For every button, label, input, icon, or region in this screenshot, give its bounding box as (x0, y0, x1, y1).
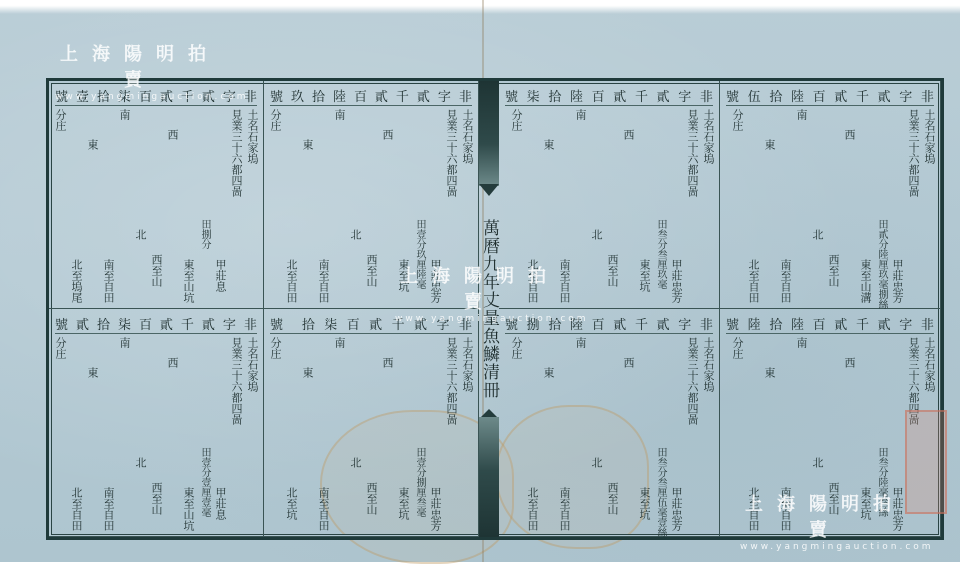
direction-west: 西 (381, 337, 394, 530)
auction-watermark: 上海陽明拍賣 www.yangmingauction.com (740, 490, 910, 552)
boundary-north: 北至自田 (285, 109, 298, 302)
parcel-cell: 非字貳千貳百柒拾壹號 土名石家塢 見業三十六都四啚 甲莊息 田捌分 東至山坑 西… (49, 81, 264, 309)
direction-west: 西 (622, 337, 635, 530)
owner-district: 見業三十六都四啚 (686, 337, 699, 530)
direction-south: 南 (118, 337, 131, 530)
boundary-west: 西至山 (827, 109, 840, 302)
direction-east: 東 (86, 109, 99, 302)
boundary-north: 北至自田 (526, 337, 539, 530)
boundary-north: 北至自田 (747, 109, 760, 302)
boundary-south: 南至自田 (317, 337, 330, 530)
document-sheet: 非字貳千貳百柒拾壹號 土名石家塢 見業三十六都四啚 甲莊息 田捌分 東至山坑 西… (0, 0, 960, 562)
direction-west: 西 (843, 109, 856, 302)
owner-name: 甲莊忠芳 (891, 109, 904, 302)
direction-south: 南 (574, 109, 587, 302)
owner-name: 甲莊忠芳 (429, 337, 442, 530)
direction-west: 西 (381, 109, 394, 302)
boundary-north: 北至坑 (285, 337, 298, 530)
direction-west: 西 (166, 109, 179, 302)
place-name: 土名石家塢 (923, 109, 936, 302)
boundary-east: 東至山坑 (182, 337, 195, 530)
boundary-south: 南至自田 (317, 109, 330, 302)
owner-name: 甲莊忠芳 (670, 109, 683, 302)
owner-name: 甲莊息 (214, 337, 227, 530)
parcel-header: 非字貳千貳百陸拾柒號 (505, 85, 713, 106)
direction-east: 東 (542, 337, 555, 530)
field-area: 田捌分 (198, 109, 211, 302)
boundary-south: 南至自田 (102, 109, 115, 302)
parcel-header: 非字貳千貳百陸拾陸號 (726, 313, 934, 334)
boundary-east: 東至坑 (397, 337, 410, 530)
parcel-details: 土名石家塢 見業三十六都四啚 甲莊忠芳 田貳分陸厘玖毫捌絲 東至山溝 西 西至山… (726, 109, 936, 302)
direction-south: 南 (333, 337, 346, 530)
parcel-header: 非字貳千貳百陸拾伍號 (726, 85, 934, 106)
parcel-cell: 非字貳千貳百柒拾貳號 土名石家塢 見業三十六都四啚 甲莊息 田壹分壹厘壹毫 東至… (49, 309, 264, 537)
boundary-north: 北至自田 (70, 337, 83, 530)
parcel-details: 土名石家塢 見業三十六都四啚 甲莊息 田壹分壹厘壹毫 東至山坑 西 西至山 北 … (55, 337, 259, 530)
owner-district: 見業三十六都四啚 (686, 109, 699, 302)
auction-watermark: 上海陽明拍賣 www.yangmingauction.com (395, 262, 565, 324)
direction-east: 東 (763, 109, 776, 302)
auction-watermark: 上海陽明拍賣 www.yangmingauction.com (55, 40, 225, 102)
boundary-south: 南至自田 (779, 109, 792, 302)
direction-south: 南 (118, 109, 131, 302)
sub-division: 分庄 (269, 109, 282, 302)
owner-name: 甲莊息 (214, 109, 227, 302)
torn-edge (0, 0, 960, 14)
sub-division: 分庄 (269, 337, 282, 530)
sub-division: 分庄 (54, 109, 67, 302)
parcel-cell: 非字貳千貳百陸拾捌號 土名石家塢 見業三十六都四啚 甲莊忠芳 田叁分叁厘伍毫壹絲… (499, 309, 720, 537)
boundary-west: 西至山 (606, 337, 619, 530)
boundary-east: 東至山溝 (859, 109, 872, 302)
parcel-details: 土名石家塢 見業三十六都四啚 甲莊息 田捌分 東至山坑 西 西至山 北 南 南至… (55, 109, 259, 302)
parcel-header: 非字貳千貳百陸拾玖號 (270, 85, 472, 106)
direction-south: 南 (795, 109, 808, 302)
place-name: 土名石家塢 (702, 109, 715, 302)
place-name: 土名石家塢 (246, 109, 259, 302)
direction-north: 北 (349, 337, 362, 530)
owner-district: 見業三十六都四啚 (445, 337, 458, 530)
parcel-details: 土名石家塢 見業三十六都四啚 甲莊忠芳 田叁分叁厘伍毫壹絲 東至坑 西 西至山 … (505, 337, 715, 530)
boundary-west: 西至山 (150, 109, 163, 302)
boundary-north: 北至塢尾 (70, 109, 83, 302)
field-area: 田貳分陸厘玖毫捌絲 (875, 109, 888, 302)
direction-east: 東 (86, 337, 99, 530)
owner-district: 見業三十六都四啚 (907, 109, 920, 302)
boundary-west: 西至山 (150, 337, 163, 530)
boundary-south: 南至自田 (558, 337, 571, 530)
place-name: 土名石家塢 (461, 337, 474, 530)
boundary-west: 西至山 (606, 109, 619, 302)
direction-north: 北 (590, 109, 603, 302)
boundary-east: 東至坑 (638, 337, 651, 530)
owner-district: 見業三十六都四啚 (230, 337, 243, 530)
direction-west: 西 (622, 109, 635, 302)
fish-tail-top-icon (479, 184, 499, 196)
direction-east: 東 (301, 109, 314, 302)
owner-name: 甲莊忠芳 (670, 337, 683, 530)
direction-east: 東 (301, 337, 314, 530)
place-name: 土名石家塢 (246, 337, 259, 530)
direction-north: 北 (349, 109, 362, 302)
parcel-cell: 非字貳千貳百柒拾號 土名石家塢 見業三十六都四啚 甲莊忠芳 田壹分捌厘叁毫 東至… (264, 309, 479, 537)
boundary-south: 南至自田 (102, 337, 115, 530)
boundary-west: 西至山 (365, 337, 378, 530)
owner-district: 見業三十六都四啚 (230, 109, 243, 302)
parcel-header: 非字貳千貳百柒拾貳號 (55, 313, 257, 334)
direction-south: 南 (574, 337, 587, 530)
field-area: 田叁分叁厘伍毫壹絲 (654, 337, 667, 530)
direction-south: 南 (333, 109, 346, 302)
right-page: 非字貳千貳百陸拾柒號 土名石家塢 見業三十六都四啚 甲莊忠芳 田叁分叁厘玖毫 東… (499, 81, 941, 537)
parcel-cell: 非字貳千貳百陸拾伍號 土名石家塢 見業三十六都四啚 甲莊忠芳 田貳分陸厘玖毫捌絲… (720, 81, 941, 309)
boundary-east: 東至山坑 (182, 109, 195, 302)
sub-division: 分庄 (54, 337, 67, 530)
sub-division: 分庄 (510, 337, 523, 530)
field-area: 田壹分壹厘壹毫 (198, 337, 211, 530)
field-area: 田壹分捌厘叁毫 (413, 337, 426, 530)
field-area: 田叁分叁厘玖毫 (654, 109, 667, 302)
place-name: 土名石家塢 (702, 337, 715, 530)
boundary-west: 西至山 (365, 109, 378, 302)
direction-north: 北 (811, 109, 824, 302)
red-seal-stamp (905, 410, 947, 514)
direction-north: 北 (134, 337, 147, 530)
sub-division: 分庄 (731, 109, 744, 302)
fish-tail-block-bottom (479, 417, 499, 537)
direction-north: 北 (590, 337, 603, 530)
fish-tail-block-top (479, 81, 499, 186)
direction-north: 北 (134, 109, 147, 302)
parcel-details: 土名石家塢 見業三十六都四啚 甲莊忠芳 田壹分捌厘叁毫 東至坑 西 西至山 北 … (270, 337, 474, 530)
direction-west: 西 (166, 337, 179, 530)
boundary-east: 東至坑 (638, 109, 651, 302)
